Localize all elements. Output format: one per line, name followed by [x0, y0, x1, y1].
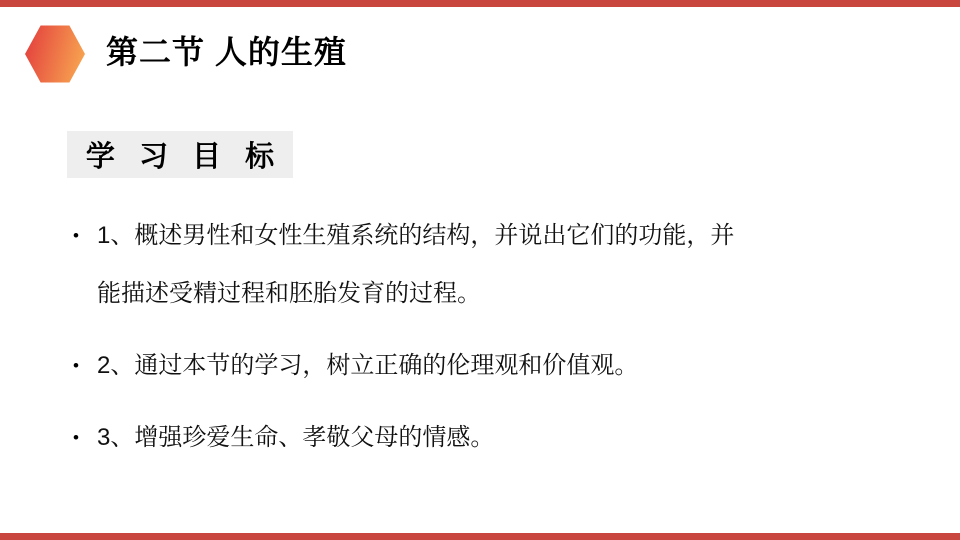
- list-item: • 1、概述男性和女性生殖系统的结构，并说出它们的功能，并 能描述受精过程和胚胎…: [73, 207, 773, 323]
- bullet-icon: •: [73, 409, 79, 467]
- objective-2-line-1: 2、通过本节的学习，树立正确的伦理观和价值观。: [97, 337, 773, 395]
- section-heading-box: 学 习 目 标: [67, 131, 293, 178]
- bullet-icon: •: [73, 207, 79, 265]
- slide-title: 第二节 人的生殖: [106, 36, 347, 68]
- objective-3-line-1: 3、增强珍爱生命、孝敬父母的情感。: [97, 409, 773, 467]
- top-accent-bar: [0, 0, 960, 7]
- objective-1-line-2: 能描述受精过程和胚胎发育的过程。: [97, 265, 773, 323]
- list-item: • 2、通过本节的学习，树立正确的伦理观和价值观。: [73, 337, 773, 395]
- bottom-accent-bar: [0, 533, 960, 540]
- presentation-slide: 第二节 人的生殖 学 习 目 标 • 1、概述男性和女性生殖系统的结构，并说出它…: [0, 0, 960, 540]
- bullet-icon: •: [73, 337, 79, 395]
- hexagon-icon: [25, 23, 85, 85]
- section-heading: 学 习 目 标: [78, 134, 282, 175]
- objective-1-line-1: 1、概述男性和女性生殖系统的结构，并说出它们的功能，并: [97, 207, 773, 265]
- learning-objectives-list: • 1、概述男性和女性生殖系统的结构，并说出它们的功能，并 能描述受精过程和胚胎…: [73, 207, 773, 481]
- list-item: • 3、增强珍爱生命、孝敬父母的情感。: [73, 409, 773, 467]
